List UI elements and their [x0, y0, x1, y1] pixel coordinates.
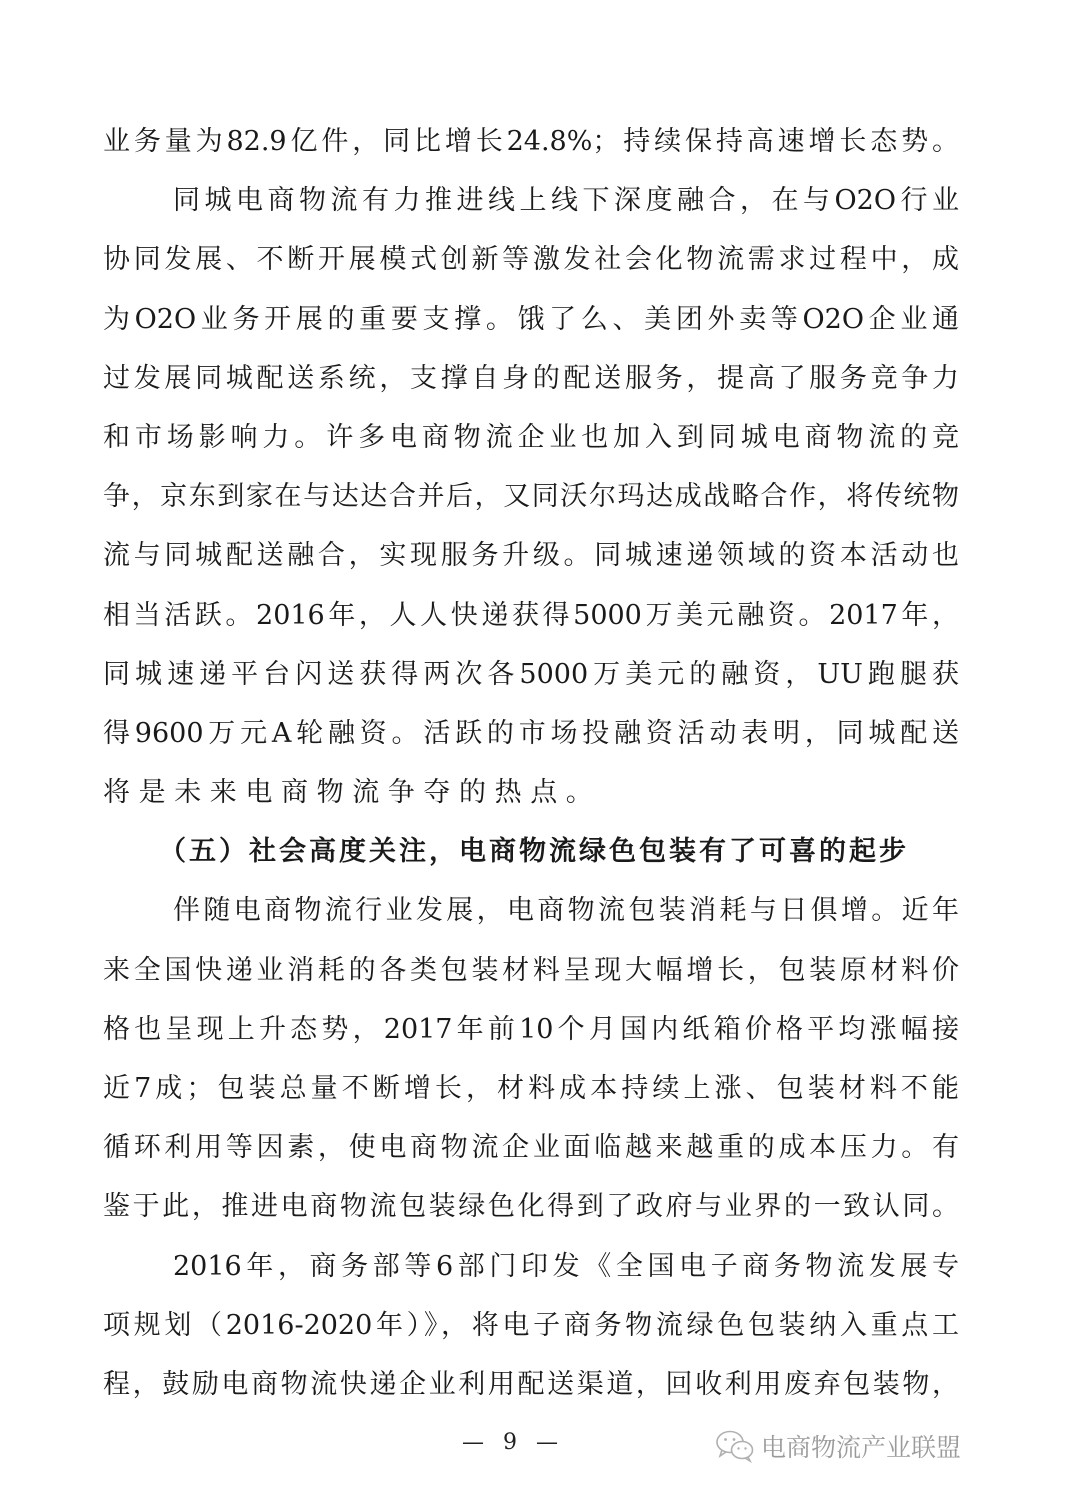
text-line: 近7成；包装总量不断增长，材料成本持续上涨、包装材料不能 — [103, 1059, 959, 1118]
paragraph-end-line: 将是未来电商物流争夺的热点。 — [103, 763, 959, 822]
paragraph-start-line: 2016年，商务部等6部门印发《全国电子商务物流发展专 — [103, 1237, 959, 1296]
text-line: 得9600万元A轮融资。活跃的市场投融资活动表明，同城配送 — [103, 704, 959, 763]
text-line: 鉴于此，推进电商物流包装绿色化得到了政府与业界的一致认同。 — [103, 1177, 959, 1236]
text-line: 过发展同城配送系统，支撑自身的配送服务，提高了服务竞争力 — [103, 349, 959, 408]
watermark: 电商物流产业联盟 — [715, 1428, 961, 1464]
text-line: 同城速递平台闪送获得两次各5000万美元的融资，UU跑腿获 — [103, 645, 959, 704]
text-line: 和市场影响力。许多电商物流企业也加入到同城电商物流的竞 — [103, 408, 959, 467]
text-line: 程，鼓励电商物流快递企业利用配送渠道，回收利用废弃包装物， — [103, 1355, 959, 1414]
text-line: 协同发展、不断开展模式创新等激发社会化物流需求过程中，成 — [103, 230, 959, 289]
text-line: 流与同城配送融合，实现服务升级。同城速递领域的资本活动也 — [103, 526, 959, 585]
text-line: 业务量为82.9亿件，同比增长24.8%；持续保持高速增长态势。 — [103, 112, 959, 171]
text-line: 为O2O业务开展的重要支撑。饿了么、美团外卖等O2O企业通 — [103, 290, 959, 349]
watermark-text: 电商物流产业联盟 — [761, 1428, 961, 1464]
text-line: 争，京东到家在与达达合并后，又同沃尔玛达成战略合作，将传统物 — [103, 467, 959, 526]
text-line: 来全国快递业消耗的各类包装材料呈现大幅增长，包装原材料价 — [103, 941, 959, 1000]
text-line: 相当活跃。2016年，人人快递获得5000万美元融资。2017年， — [103, 586, 959, 645]
wechat-icon — [715, 1429, 755, 1463]
text-line: 项规划（2016-2020年）》，将电子商务物流绿色包装纳入重点工 — [103, 1296, 959, 1355]
document-body: 业务量为82.9亿件，同比增长24.8%；持续保持高速增长态势。 同城电商物流有… — [103, 112, 959, 1414]
page-number: — 9 — — [462, 1430, 564, 1455]
paragraph-start-line: 伴随电商物流行业发展，电商物流包装消耗与日俱增。近年 — [103, 881, 959, 940]
text-line: 循环利用等因素，使电商物流企业面临越来越重的成本压力。有 — [103, 1118, 959, 1177]
text-line: 格也呈现上升态势，2017年前10个月国内纸箱价格平均涨幅接 — [103, 1000, 959, 1059]
section-heading: （五）社会高度关注，电商物流绿色包装有了可喜的起步 — [103, 822, 959, 881]
paragraph-start-line: 同城电商物流有力推进线上线下深度融合，在与O2O行业 — [103, 171, 959, 230]
